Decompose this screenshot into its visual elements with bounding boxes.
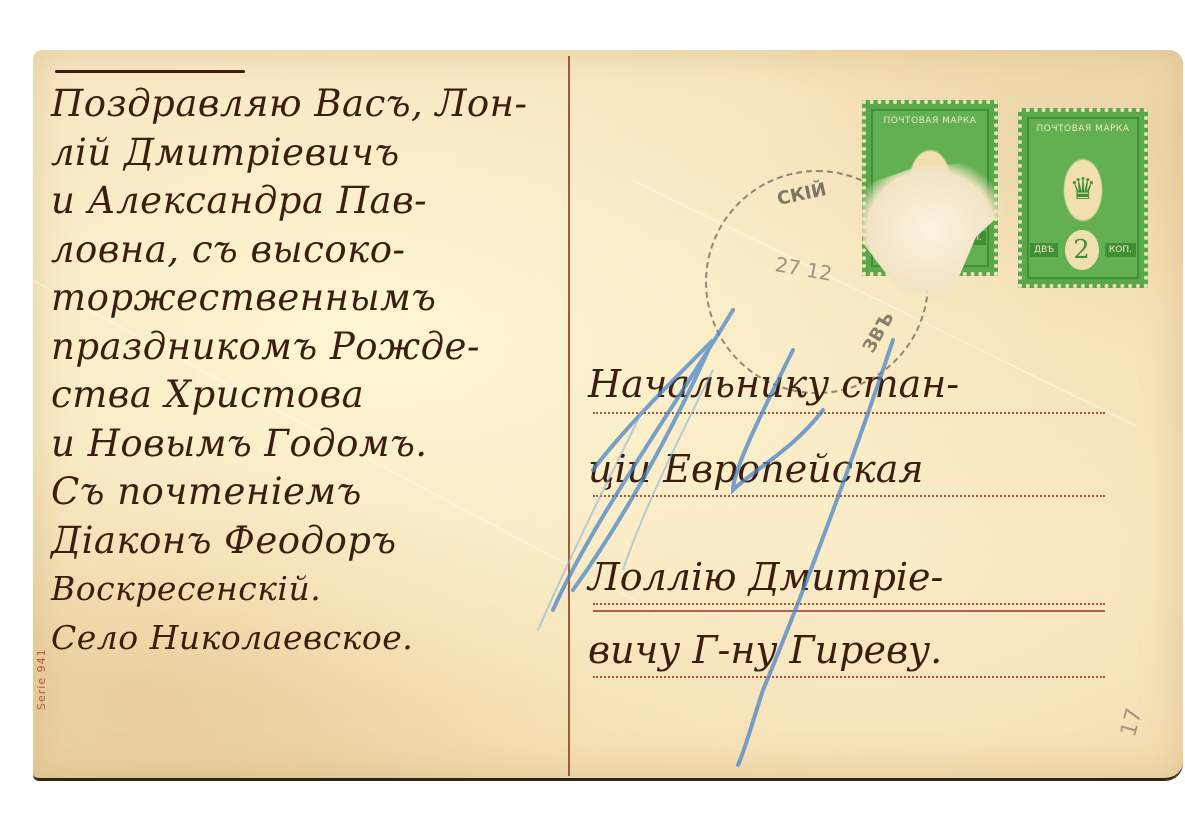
address-rule-3-solid <box>593 610 1105 612</box>
message-line: ловна, съ высоко- <box>51 226 611 275</box>
stamp-value-row: ДВѢ 2 КОП. <box>1030 230 1136 270</box>
series-label: Serie 941 <box>35 648 48 710</box>
address-line: Лоллію Дмитріе- <box>588 555 1158 599</box>
address-line: ціи Европейская <box>588 447 1158 491</box>
message-line: торжественнымъ <box>51 274 611 323</box>
stamp-header: ПОЧТОВАЯ МАРКА <box>876 116 984 126</box>
address-line: вичу Г-ну Гиреву. <box>588 628 1158 672</box>
message-text: Поздравляю Васъ, Лон- лій Дмитріевичъ и … <box>51 80 611 662</box>
message-line: Поздравляю Васъ, Лон- <box>51 80 611 129</box>
stamp-header: ПОЧТОВАЯ МАРКА <box>1032 124 1134 134</box>
double-headed-eagle-icon: ♛ <box>1022 172 1144 207</box>
center-divider <box>568 56 570 776</box>
message-line: Діаконъ Феодоръ <box>51 517 611 566</box>
address-line: Начальнику стан- <box>588 362 1158 406</box>
postmark-top-text: СКІЙ <box>775 179 828 210</box>
message-line: Воскресенскій. <box>51 565 611 614</box>
address-rule-4 <box>593 676 1105 678</box>
address-rule-1 <box>593 412 1105 414</box>
message-line: и Новымъ Годомъ. <box>51 420 611 469</box>
address-rule-3 <box>593 603 1105 605</box>
message-line: и Александра Пав- <box>51 177 611 226</box>
stamp-value: 2 <box>1065 230 1099 270</box>
message-line: ства Христова <box>51 371 611 420</box>
postmark-bottom-text: ЗВЪ <box>859 308 899 356</box>
pencil-note: 17 <box>1116 706 1147 740</box>
message-line: Село Николаевское. <box>51 614 611 663</box>
message-line: праздникомъ Рожде- <box>51 323 611 372</box>
message-line: лій Дмитріевичъ <box>51 129 611 178</box>
address-rule-2 <box>593 495 1105 497</box>
stamp-intact: ПОЧТОВАЯ МАРКА ♛ ДВѢ 2 КОП. <box>1018 108 1148 288</box>
stamp-denomination-right: КОП. <box>1105 243 1136 257</box>
stamp-denomination-left: ДВѢ <box>1030 243 1058 257</box>
postcard: Поздравляю Васъ, Лон- лій Дмитріевичъ и … <box>33 50 1183 780</box>
ink-flourish <box>55 70 245 73</box>
message-line: Съ почтеніемъ <box>51 468 611 517</box>
postmark-date: 27 12 <box>773 252 834 286</box>
